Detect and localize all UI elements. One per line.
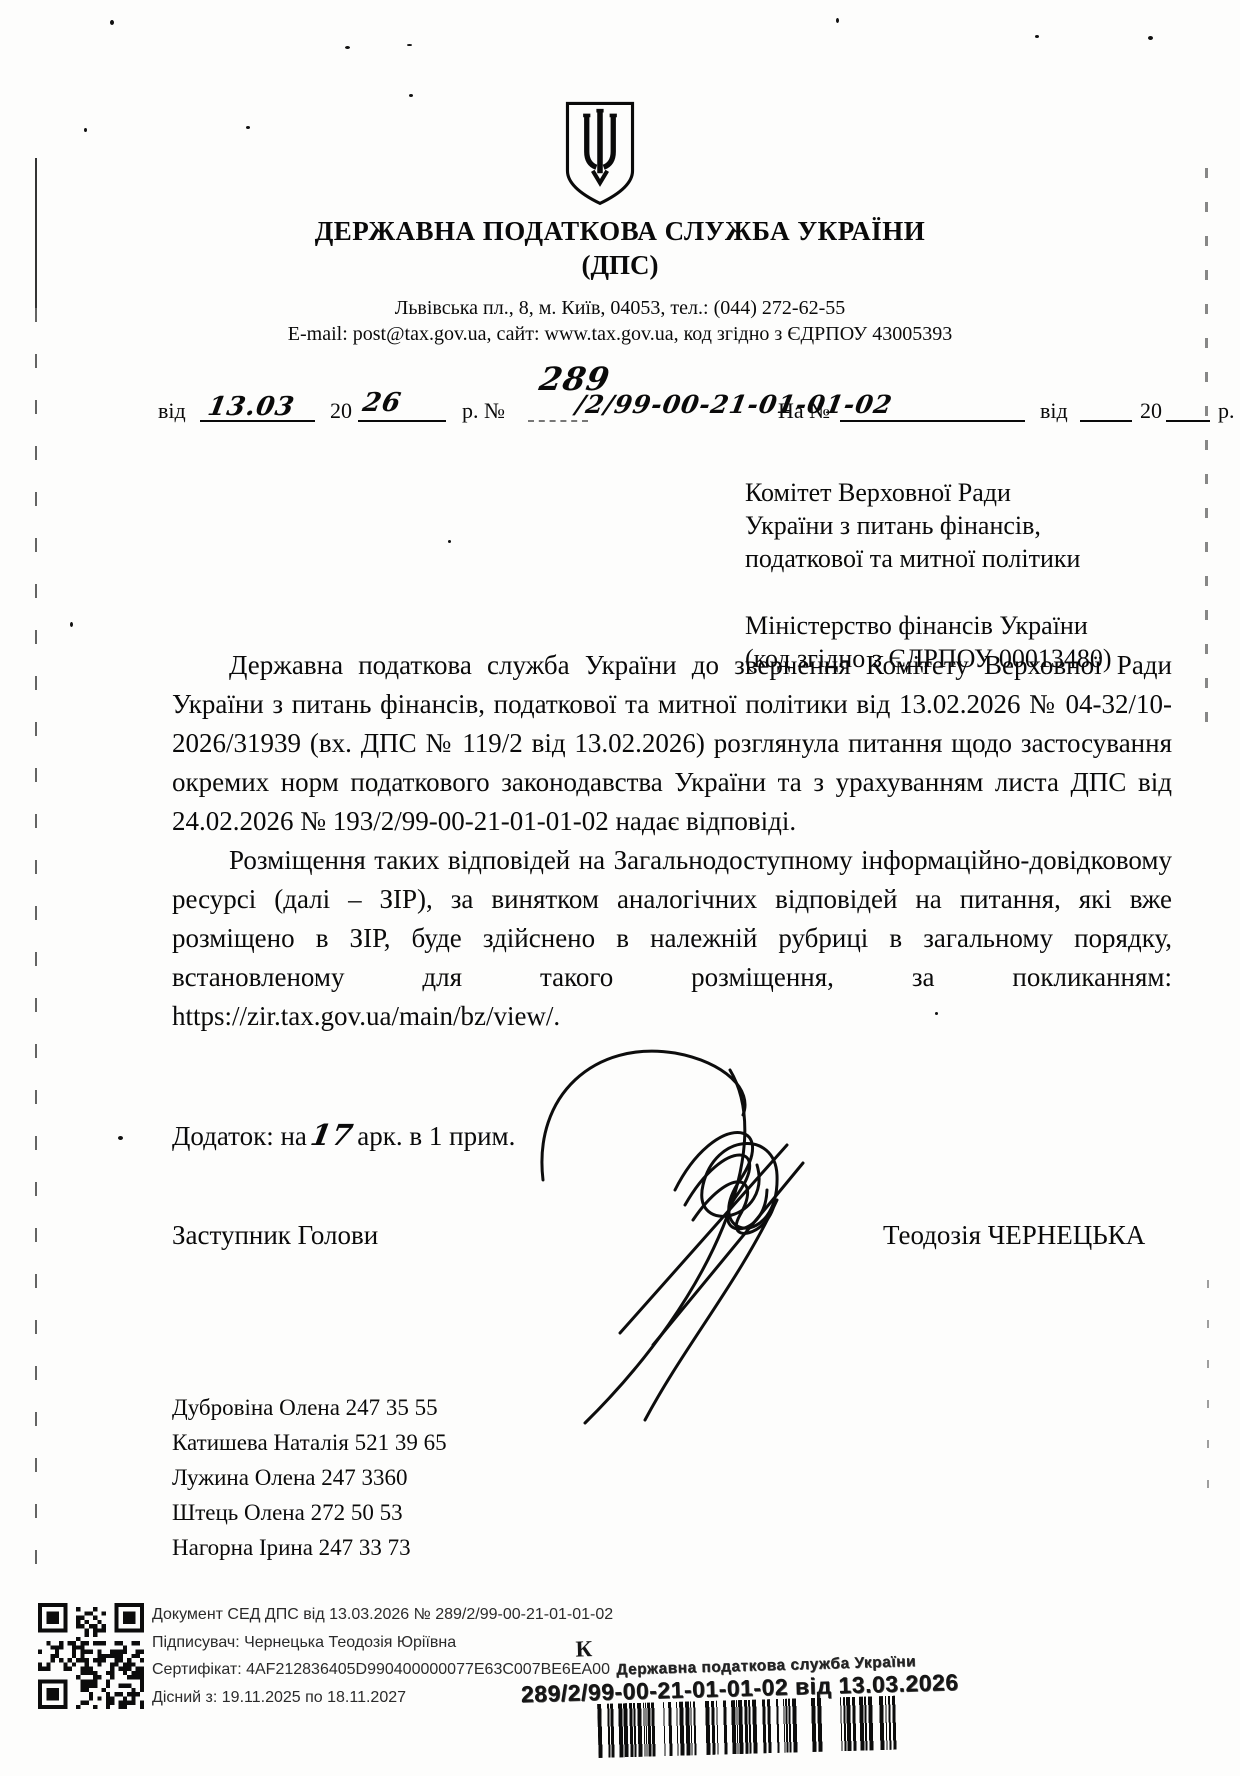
org-contact-line: E-mail: post@tax.gov.ua, сайт: www.tax.g…	[0, 323, 1240, 346]
scan-artifact	[1205, 168, 1208, 728]
scan-artifact	[407, 44, 412, 46]
scan-artifact	[1148, 36, 1153, 40]
letter-body: Державна податкова служба України до зве…	[172, 646, 1172, 1036]
scan-artifact	[118, 1136, 123, 1140]
attachment-sheets-handwritten: 17	[308, 1118, 356, 1152]
ref-from-label: від	[158, 398, 186, 424]
esign-certificate-line: Сертифікат: 4AF212836405D990400000077E63…	[152, 1656, 613, 1684]
recipient-line: Міністерство фінансів України	[745, 609, 1112, 642]
org-name: ДЕРЖАВНА ПОДАТКОВА СЛУЖБА УКРАЇНИ	[0, 216, 1240, 247]
handwritten-signature	[525, 1015, 835, 1435]
barcode	[597, 1696, 898, 1758]
scan-artifact	[836, 18, 839, 23]
ref-year-prefix: 20	[330, 398, 352, 424]
body-paragraph: Розміщення таких відповідей на Загальнод…	[172, 841, 1172, 1036]
org-abbreviation: (ДПС)	[0, 250, 1240, 281]
ref-date-handwritten: 13.03	[205, 392, 297, 422]
org-address: Львівська пл., 8, м. Київ, 04053, тел.: …	[0, 297, 1240, 320]
contact-line: Штець Олена 272 50 53	[172, 1495, 447, 1530]
ref-incoming-year-suffix: р.	[1218, 398, 1235, 424]
scan-artifact	[84, 128, 87, 132]
scan-artifact	[35, 158, 37, 308]
contact-line: Дубровіна Олена 247 35 55	[172, 1390, 447, 1425]
scanned-letter-page: ДЕРЖАВНА ПОДАТКОВА СЛУЖБА УКРАЇНИ (ДПС) …	[0, 0, 1240, 1776]
ref-incoming-number-blank	[840, 398, 1025, 422]
esign-document-line: Документ СЕД ДПС від 13.03.2026 № 289/2/…	[152, 1601, 613, 1629]
signer-position: Заступник Голови	[172, 1220, 378, 1251]
recipient-line: України з питань фінансів,	[745, 509, 1112, 542]
attachment-line: Додаток: на17арк. в 1 прим.	[172, 1118, 515, 1152]
scan-artifact	[409, 94, 413, 97]
ref-incoming-year-prefix: 20	[1140, 398, 1162, 424]
recipient-line: податкової та митної політики	[745, 542, 1112, 575]
scan-artifact	[345, 46, 350, 49]
ref-incoming-year-blank	[1166, 398, 1210, 422]
scan-artifact	[246, 126, 250, 129]
contact-line: Катишева Наталія 521 39 65	[172, 1425, 447, 1460]
registration-mark: К	[575, 1636, 592, 1662]
contact-line: Нагорна Ірина 247 33 73	[172, 1530, 447, 1565]
reference-line: від 13.03 20 26 р. № 289 /2/99-00-21-01-…	[0, 386, 1240, 446]
scan-artifact	[110, 20, 114, 25]
scan-artifact	[1035, 35, 1039, 38]
executor-contacts: Дубровіна Олена 247 35 55 Катишева Натал…	[172, 1390, 447, 1565]
ref-incoming-label: На №	[778, 398, 830, 424]
esign-signer-line: Підписувач: Чернецька Теодозія Юріївна	[152, 1629, 613, 1657]
signer-name: Теодозія ЧЕРНЕЦЬКА	[883, 1220, 1145, 1251]
ref-incoming-from-label: від	[1040, 398, 1068, 424]
qr-code	[38, 1603, 144, 1709]
ref-year-suffix: р. №	[462, 398, 505, 424]
scan-artifact	[70, 622, 73, 627]
scan-artifact	[1207, 1280, 1209, 1500]
ref-year-handwritten: 26	[360, 388, 403, 418]
ref-incoming-date-blank	[1080, 398, 1132, 422]
recipient-line: Комітет Верховної Ради	[745, 476, 1112, 509]
scan-artifact	[448, 540, 451, 543]
attachment-suffix: арк. в 1 прим.	[357, 1121, 515, 1151]
attachment-prefix: Додаток: на	[172, 1121, 307, 1151]
contact-line: Лужина Олена 247 3360	[172, 1460, 447, 1495]
scan-artifact	[35, 308, 37, 1568]
scan-artifact	[935, 1012, 938, 1015]
body-paragraph: Державна податкова служба України до зве…	[172, 646, 1172, 841]
ukraine-trident-emblem-icon	[563, 101, 637, 207]
